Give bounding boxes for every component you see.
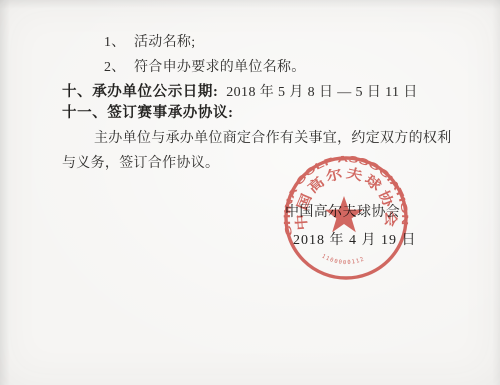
seal-serial: 1100000112 <box>321 254 366 267</box>
section-11-heading: 十一、签订赛事承办协议: <box>62 101 234 122</box>
seal-ring-text-en: CHINA GOLF ASSOCIATION <box>282 154 410 238</box>
scanned-document-page: 1、 活动名称; 2、 符合申办要求的单位名称。 十、承办单位公示日期: 201… <box>0 0 500 385</box>
paragraph-line: 与义务，签订合作协议。 <box>62 152 219 172</box>
list-item: 2、 符合申办要求的单位名称。 <box>104 56 306 76</box>
section-10-label: 十、承办单位公示日期: <box>62 84 218 100</box>
list-item-text: 活动名称; <box>134 31 195 51</box>
list-item: 1、 活动名称; <box>104 31 195 51</box>
list-item-number: 1、 <box>104 31 134 51</box>
section-10-heading: 十、承办单位公示日期: 2018 年 5 月 8 日 — 5 日 11 日 <box>62 80 418 101</box>
paragraph-line: 主办单位与承办单位商定合作有关事宜，约定双方的权利 <box>94 127 452 147</box>
signature-org: 中国高尔夫球协会 <box>285 201 400 221</box>
signature-date: 2018 年 4 月 19 日 <box>293 229 417 249</box>
svg-text:CHINA GOLF ASSOCIATION: CHINA GOLF ASSOCIATION <box>282 154 410 238</box>
svg-text:1100000112: 1100000112 <box>321 254 366 267</box>
section-10-date-range: 2018 年 5 月 8 日 — 5 日 11 日 <box>226 85 417 100</box>
list-item-text: 符合申办要求的单位名称。 <box>134 56 306 76</box>
list-item-number: 2、 <box>104 56 134 76</box>
section-11-label: 十一、签订赛事承办协议: <box>62 105 234 121</box>
